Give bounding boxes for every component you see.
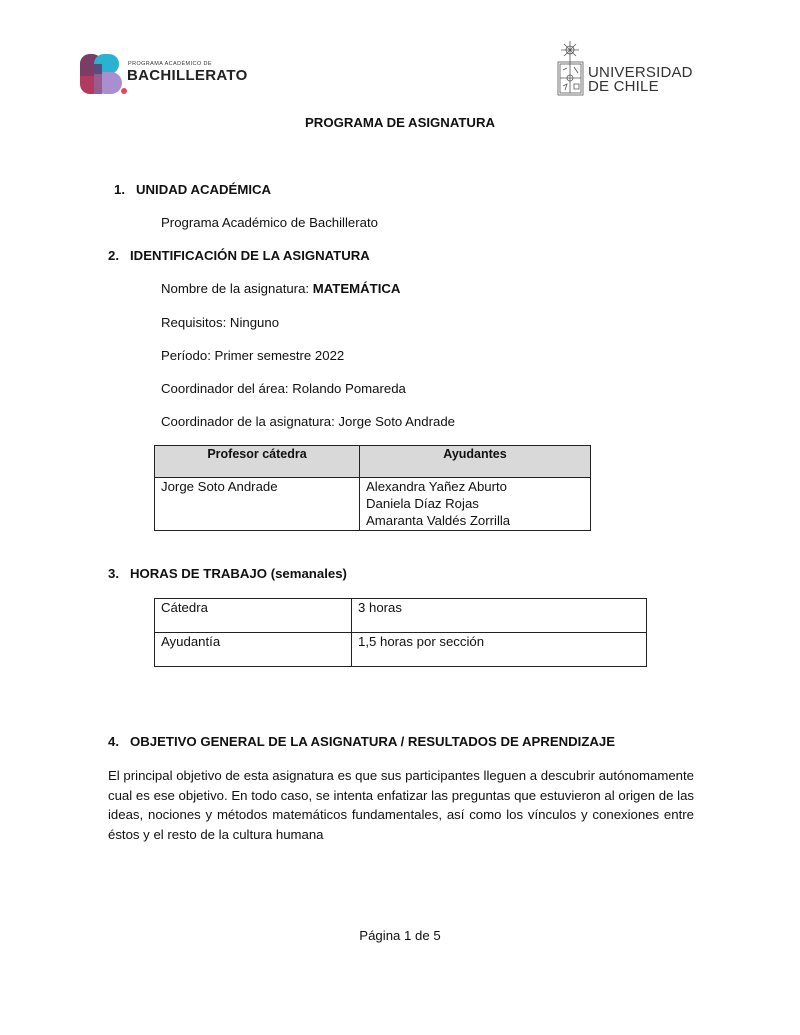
- bachillerato-b-icon: [80, 54, 130, 96]
- staff-table: Profesor cátedra Ayudantes Jorge Soto An…: [154, 445, 591, 531]
- field-label: Coordinador del área:: [161, 381, 289, 396]
- field-label: Nombre de la asignatura:: [161, 281, 309, 296]
- field-requisitos: Requisitos: Ninguno: [161, 315, 279, 331]
- unidad-academica-value: Programa Académico de Bachillerato: [161, 215, 378, 231]
- field-coordinador-area: Coordinador del área: Rolando Pomareda: [161, 381, 406, 397]
- section-2-heading: 2.IDENTIFICACIÓN DE LA ASIGNATURA: [108, 248, 370, 264]
- universidad-de-chile-logo: UNIVERSIDAD DE CHILE: [556, 40, 696, 100]
- ayudante: Alexandra Yañez Aburto: [366, 478, 584, 495]
- ayudantes-cell: Alexandra Yañez Aburto Daniela Díaz Roja…: [360, 478, 591, 531]
- field-nombre: Nombre de la asignatura: MATEMÁTICA: [161, 281, 400, 297]
- section-1-heading: 1.UNIDAD ACADÉMICA: [114, 182, 271, 198]
- section-title: OBJETIVO GENERAL DE LA ASIGNATURA / RESU…: [130, 734, 615, 749]
- header-profesor: Profesor cátedra: [155, 446, 360, 478]
- field-periodo: Período: Primer semestre 2022: [161, 348, 344, 364]
- hours-type-cell: Cátedra: [155, 599, 352, 633]
- section-3-heading: 3.HORAS DE TRABAJO (semanales): [108, 566, 347, 582]
- field-coordinador-asignatura: Coordinador de la asignatura: Jorge Soto…: [161, 414, 455, 430]
- section-title: HORAS DE TRABAJO: [130, 566, 267, 581]
- university-crest-icon: [556, 40, 586, 98]
- field-value: Rolando Pomareda: [292, 381, 406, 396]
- field-value: Ninguno: [230, 315, 279, 330]
- section-number: 3.: [108, 566, 119, 581]
- header-ayudantes: Ayudantes: [360, 446, 591, 478]
- logo-title: BACHILLERATO: [127, 67, 248, 84]
- section-number: 2.: [108, 248, 119, 263]
- profesor-cell: Jorge Soto Andrade: [155, 478, 360, 531]
- page-number: Página 1 de 5: [0, 928, 800, 943]
- objective-paragraph: El principal objetivo de esta asignatura…: [108, 766, 694, 844]
- table-row: Jorge Soto Andrade Alexandra Yañez Aburt…: [155, 478, 591, 531]
- bachillerato-logo: PROGRAMA ACADÉMICO DE BACHILLERATO: [80, 54, 250, 96]
- table-row: Cátedra 3 horas: [155, 599, 647, 633]
- hours-value-cell: 1,5 horas por sección: [352, 633, 647, 667]
- hours-table: Cátedra 3 horas Ayudantía 1,5 horas por …: [154, 598, 647, 667]
- document-title: PROGRAMA DE ASIGNATURA: [0, 115, 800, 130]
- field-value: MATEMÁTICA: [313, 281, 401, 296]
- ayudante: Amaranta Valdés Zorrilla: [366, 512, 584, 529]
- field-label: Coordinador de la asignatura:: [161, 414, 335, 429]
- section-title-suffix: (semanales): [271, 566, 347, 581]
- section-title: IDENTIFICACIÓN DE LA ASIGNATURA: [130, 248, 370, 263]
- field-value: Jorge Soto Andrade: [338, 414, 455, 429]
- field-label: Período:: [161, 348, 211, 363]
- section-number: 4.: [108, 734, 119, 749]
- hours-value-cell: 3 horas: [352, 599, 647, 633]
- field-value: Primer semestre 2022: [215, 348, 345, 363]
- table-header-row: Profesor cátedra Ayudantes: [155, 446, 591, 478]
- section-title: UNIDAD ACADÉMICA: [136, 182, 271, 197]
- section-4-heading: 4.OBJETIVO GENERAL DE LA ASIGNATURA / RE…: [108, 734, 615, 750]
- university-name-line2: DE CHILE: [588, 80, 693, 94]
- university-name: UNIVERSIDAD DE CHILE: [588, 66, 693, 94]
- section-number: 1.: [114, 182, 125, 197]
- hours-type-cell: Ayudantía: [155, 633, 352, 667]
- table-row: Ayudantía 1,5 horas por sección: [155, 633, 647, 667]
- ayudante: Daniela Díaz Rojas: [366, 495, 584, 512]
- field-label: Requisitos:: [161, 315, 226, 330]
